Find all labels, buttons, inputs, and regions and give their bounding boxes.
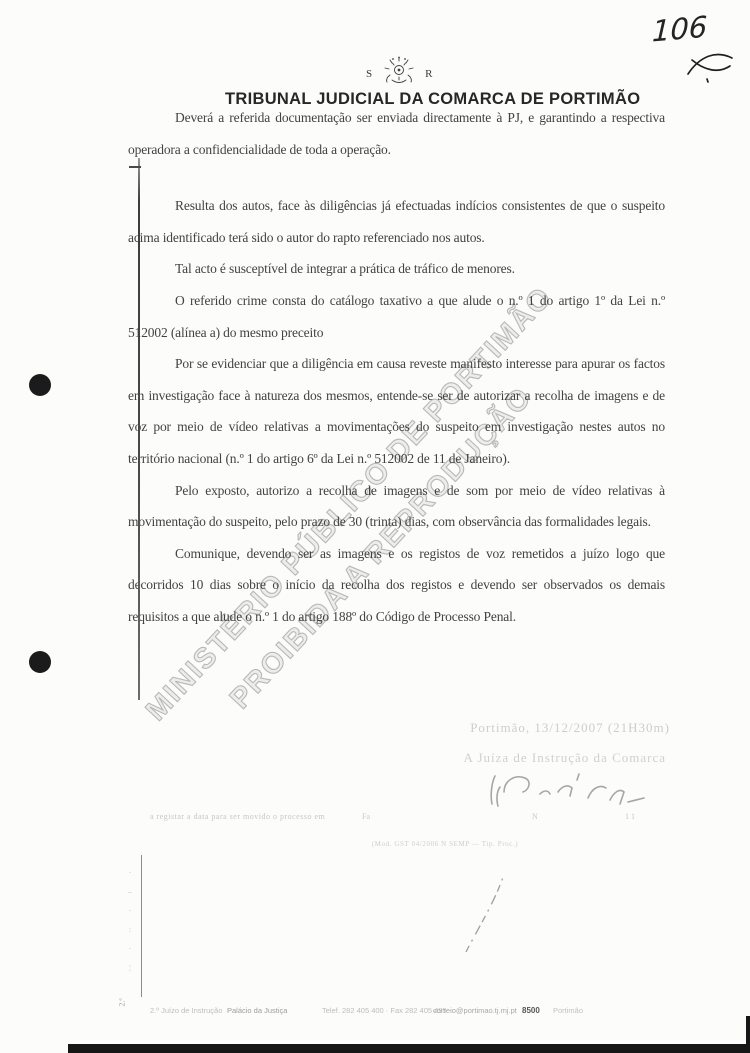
footer-court: 2.º Juízo de Instrução (150, 1006, 222, 1015)
paragraph-2: Resulta dos autos, face às diligências j… (128, 190, 665, 253)
form-stamp-line: (Mod. GST 04/2006 N SEMP — Tip. Proc.) (300, 840, 590, 848)
punch-hole (29, 651, 51, 673)
registry-note-line: a registar a data para ser movido o proc… (150, 812, 325, 821)
place-date-line: Portimão, 13/12/2007 (21H30m) (440, 720, 670, 736)
registry-fragment: 1 1 (625, 812, 635, 821)
paragraph-7: Comunique, devendo ser as imagens e os r… (128, 538, 665, 633)
rotated-side-note: 2.ª (118, 998, 127, 1006)
paragraph-1: Deverá a referida documentação ser envia… (128, 102, 665, 165)
margin-marks: · – · : · ¦ (125, 864, 135, 978)
registry-fragment: N (532, 812, 538, 821)
paragraph-6: Pelo exposto, autorizo a recolha de imag… (128, 475, 665, 538)
handwritten-page-number: 106 (652, 9, 708, 48)
footer-postal-code: 8500 (522, 1006, 540, 1015)
footer-email: correio@portimao.tj.mj.pt (433, 1006, 517, 1015)
punch-hole (29, 374, 51, 396)
footer-phone: Telef. 282 405 400 · Fax 282 405 495 (322, 1006, 447, 1015)
emblem-letter-r: R (425, 68, 433, 80)
pen-stroke (438, 852, 518, 962)
scan-edge-bottom-bar (68, 1044, 750, 1053)
footer-building: Palácio da Justiça (227, 1006, 287, 1015)
fold-line-artifact (138, 158, 140, 700)
paragraph-5: Por se evidenciar que a diligência em ca… (128, 348, 665, 474)
scanned-document-page: 106 S (0, 0, 750, 1053)
header-emblem: S R (366, 56, 506, 92)
scan-edge-right (746, 1016, 750, 1046)
coat-of-arms-icon (379, 55, 419, 94)
fold-line-tick (129, 166, 141, 168)
registry-fragment: Fa (362, 812, 370, 821)
paragraph-4: O referido crime consta do catálogo taxa… (128, 285, 665, 348)
margin-hairline (141, 855, 142, 997)
handwritten-flourish-icon (682, 44, 738, 89)
footer-city: Portimão (553, 1006, 583, 1015)
paragraph-3: Tal acto é susceptível de integrar a prá… (128, 253, 665, 285)
emblem-letter-s: S (366, 68, 373, 80)
document-body: Deverá a referida documentação ser envia… (128, 102, 665, 633)
